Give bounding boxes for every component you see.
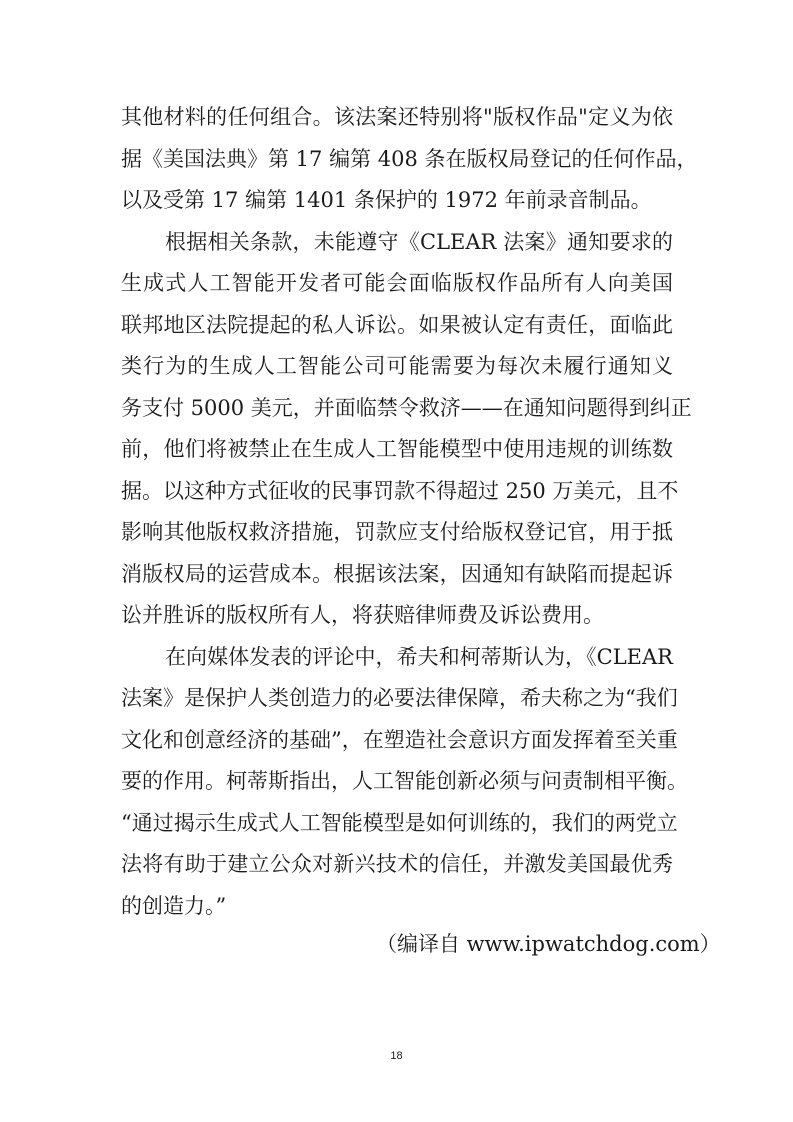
- page-number: 18: [0, 1050, 793, 1062]
- text-line: 务支付 5000 美元，并面临禁令救济——在通知问题得到纠正: [121, 388, 673, 430]
- text-line: 要的作用。柯蒂斯指出，人工智能创新必须与问责制相平衡。: [121, 761, 673, 803]
- source-attribution: （编译自 www.ipwatchdog.com）: [376, 924, 721, 966]
- text-line: 的创造力。”: [121, 886, 673, 928]
- paragraph-commentary: 在向媒体发表的评论中，希夫和柯蒂斯认为，《CLEAR 法案》是保护人类创造力的必…: [121, 637, 673, 928]
- text-line: 据《美国法典》第 17 编第 408 条在版权局登记的任何作品，: [121, 139, 673, 181]
- text-line: 据。以这种方式征收的民事罚款不得超过 250 万美元，且不: [121, 471, 673, 513]
- body-text: 其他材料的任何组合。该法案还特别将"版权作品"定义为依 据《美国法典》第 17 …: [121, 97, 673, 927]
- paragraph-definition-continuation: 其他材料的任何组合。该法案还特别将"版权作品"定义为依 据《美国法典》第 17 …: [121, 97, 673, 222]
- text-line: 根据相关条款，未能遵守《CLEAR 法案》通知要求的: [121, 222, 673, 264]
- text-line: 文化和创意经济的基础”，在塑造社会意识方面发挥着至关重: [121, 720, 673, 762]
- text-line: 联邦地区法院提起的私人诉讼。如果被认定有责任，面临此: [121, 305, 673, 347]
- text-line: 类行为的生成人工智能公司可能需要为每次未履行通知义: [121, 346, 673, 388]
- text-line: 消版权局的运营成本。根据该法案，因通知有缺陷而提起诉: [121, 554, 673, 596]
- text-line: 前，他们将被禁止在生成人工智能模型中使用违规的训练数: [121, 429, 673, 471]
- text-line: 影响其他版权救济措施，罚款应支付给版权登记官，用于抵: [121, 512, 673, 554]
- text-line: “通过揭示生成式人工智能模型是如何训练的，我们的两党立: [121, 803, 673, 845]
- text-line: 其他材料的任何组合。该法案还特别将"版权作品"定义为依: [121, 97, 673, 139]
- text-line: 在向媒体发表的评论中，希夫和柯蒂斯认为，《CLEAR: [121, 637, 673, 679]
- document-page: 其他材料的任何组合。该法案还特别将"版权作品"定义为依 据《美国法典》第 17 …: [0, 0, 793, 1122]
- text-line: 法将有助于建立公众对新兴技术的信任，并激发美国最优秀: [121, 844, 673, 886]
- text-line: 讼并胜诉的版权所有人，将获赔律师费及诉讼费用。: [121, 595, 673, 637]
- text-line: 法案》是保护人类创造力的必要法律保障，希夫称之为“我们: [121, 678, 673, 720]
- paragraph-penalties: 根据相关条款，未能遵守《CLEAR 法案》通知要求的 生成式人工智能开发者可能会…: [121, 222, 673, 637]
- text-line: 以及受第 17 编第 1401 条保护的 1972 年前录音制品。: [121, 180, 673, 222]
- text-line: 生成式人工智能开发者可能会面临版权作品所有人向美国: [121, 263, 673, 305]
